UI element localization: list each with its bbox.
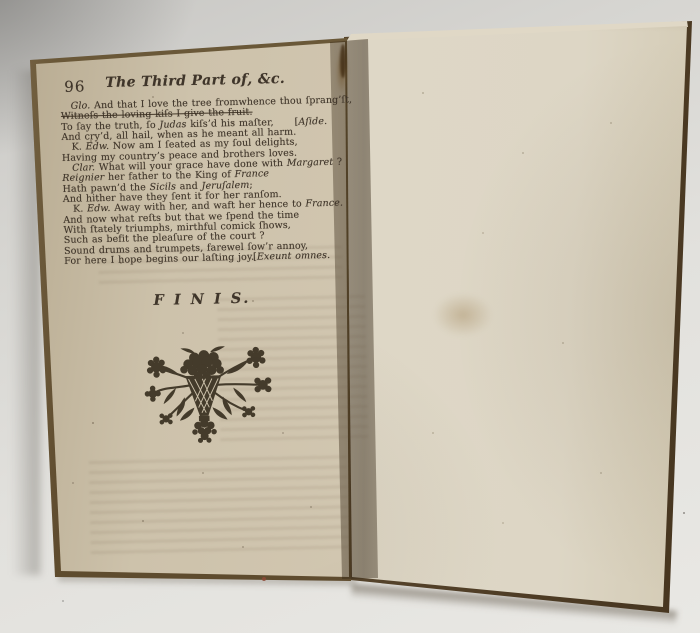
photo-open-antique-book: 96 The Third Part of, &c. Glo. And that … — [0, 0, 700, 633]
show-through-ghost-text — [89, 456, 349, 562]
paper-specks — [0, 0, 2, 2]
red-speck — [262, 577, 266, 581]
floral-ornament-image — [143, 344, 285, 449]
right-page-stain — [424, 286, 502, 344]
printed-text-block: 96 The Third Part of, &c. Glo. And that … — [60, 68, 357, 579]
verse-lines: Glo. And that I love the tree fromwhence… — [61, 96, 351, 268]
stage-direction: [Aſide. — [294, 117, 327, 128]
stage-direction: [Exeunt omnes. — [253, 251, 330, 263]
